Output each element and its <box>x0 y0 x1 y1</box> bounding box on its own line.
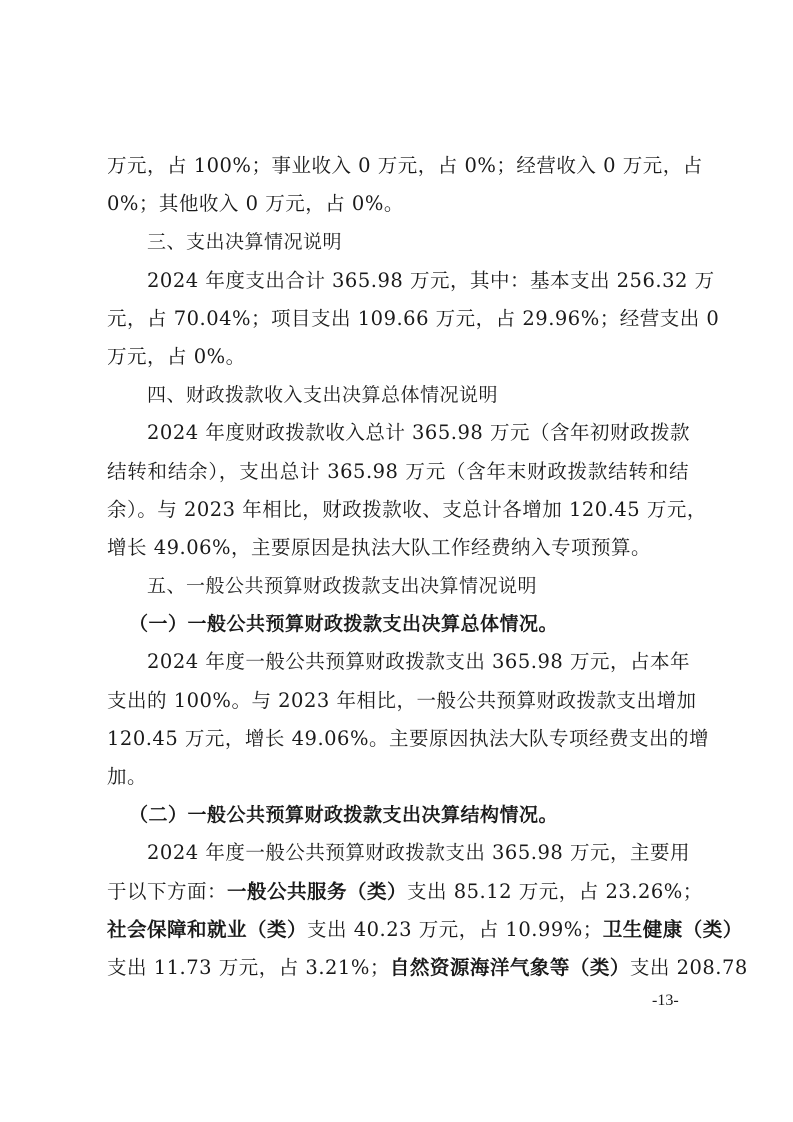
text-line: 2024 年度财政拨款收入总计 365.98 万元（含年初财政拨款 <box>107 414 689 452</box>
text-line: 0%；其他收入 0 万元，占 0%。 <box>107 185 689 223</box>
text-line: 2024 年度支出合计 365.98 万元，其中：基本支出 256.32 万 <box>107 262 689 300</box>
subsection-heading-1: （一）一般公共预算财政拨款支出决算总体情况。 <box>107 605 689 643</box>
text-line: 结转和结余），支出总计 365.98 万元（含年末财政拨款结转和结 <box>107 453 689 491</box>
text-line: 万元，占 100%；事业收入 0 万元，占 0%；经营收入 0 万元，占 <box>107 147 689 185</box>
section-heading-3: 三、支出决算情况说明 <box>107 223 689 261</box>
text-line: 支出的 100%。与 2023 年相比，一般公共预算财政拨款支出增加 <box>107 682 689 720</box>
text-span: 于以下方面： <box>107 880 227 903</box>
text-line: 于以下方面：一般公共服务（类）支出 85.12 万元，占 23.26%； <box>107 873 689 911</box>
text-line: 社会保障和就业（类）支出 40.23 万元，占 10.99%；卫生健康（类） <box>107 911 689 949</box>
document-page: 万元，占 100%；事业收入 0 万元，占 0%；经营收入 0 万元，占 0%；… <box>107 147 689 987</box>
text-line: 2024 年度一般公共预算财政拨款支出 365.98 万元，占本年 <box>107 643 689 681</box>
text-line: 增长 49.06%，主要原因是执法大队工作经费纳入专项预算。 <box>107 529 689 567</box>
text-span: 支出 208.78 <box>630 956 748 979</box>
page-number: -13- <box>652 992 679 1010</box>
text-line: 2024 年度一般公共预算财政拨款支出 365.98 万元，主要用 <box>107 834 689 872</box>
text-line: 万元，占 0%。 <box>107 338 689 376</box>
section-heading-5: 五、一般公共预算财政拨款支出决算情况说明 <box>107 567 689 605</box>
section-heading-4: 四、财政拨款收入支出决算总体情况说明 <box>107 376 689 414</box>
subsection-heading-2: （二）一般公共预算财政拨款支出决算结构情况。 <box>107 796 689 834</box>
text-span: 支出 85.12 万元，占 23.26%； <box>407 880 703 903</box>
text-span: 支出 11.73 万元，占 3.21%； <box>107 956 390 979</box>
category-label: 社会保障和就业（类） <box>107 918 307 941</box>
category-label: 卫生健康（类） <box>603 918 743 941</box>
text-span: 支出 40.23 万元，占 10.99%； <box>307 918 603 941</box>
category-label: 一般公共服务（类） <box>227 880 407 903</box>
text-line: 余）。与 2023 年相比，财政拨款收、支总计各增加 120.45 万元， <box>107 491 689 529</box>
category-label: 自然资源海洋气象等（类） <box>390 956 630 979</box>
text-line: 支出 11.73 万元，占 3.21%；自然资源海洋气象等（类）支出 208.7… <box>107 949 689 987</box>
text-line: 元，占 70.04%；项目支出 109.66 万元，占 29.96%；经营支出 … <box>107 300 689 338</box>
text-line: 加。 <box>107 758 689 796</box>
text-line: 120.45 万元，增长 49.06%。主要原因执法大队专项经费支出的增 <box>107 720 689 758</box>
